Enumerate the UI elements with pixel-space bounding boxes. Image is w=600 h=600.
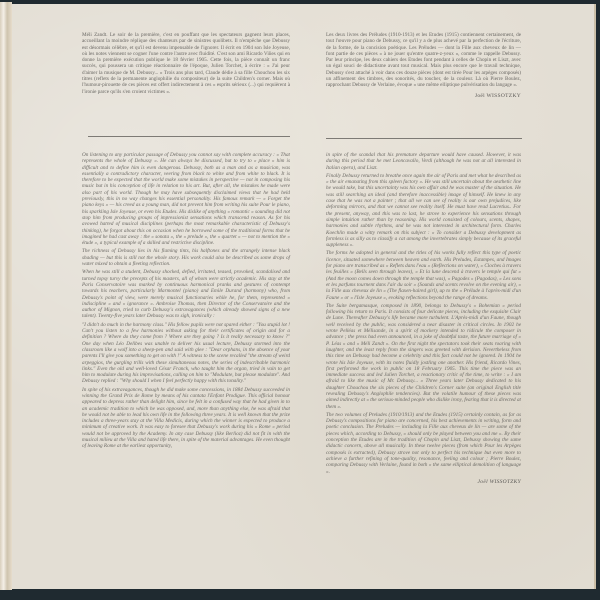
english-signature: Joël WISSOTZKY	[326, 479, 521, 485]
paragraph: The two volumes of Preludes (1910/1913) …	[326, 412, 521, 475]
paragraph: On listening to any particular passage o…	[82, 152, 290, 246]
paragraph: The forms he adopted in general and the …	[326, 250, 521, 300]
divider-left	[88, 136, 290, 137]
paragraph: The Suite bergamasque, composed in 1890,…	[326, 303, 521, 410]
english-text-right: in spite of the scandal that his prematu…	[326, 152, 521, 485]
paragraph: in spite of the scandal that his prematu…	[326, 152, 521, 171]
french-text-left: Méli Zandt. Le soir de la première, c'es…	[82, 32, 290, 97]
album-back-cover: Méli Zandt. Le soir de la première, c'es…	[12, 4, 596, 589]
photo-background: Méli Zandt. Le soir de la première, c'es…	[0, 0, 600, 600]
paragraph: Les deux livres des Préludes (1910-1913)…	[326, 32, 521, 89]
paragraph: "I didn't do much in the harmony class."…	[82, 322, 290, 385]
paragraph: In spite of his extravagances, though he…	[82, 387, 290, 450]
divider-right	[326, 138, 522, 139]
paragraph: Méli Zandt. Le soir de la première, c'es…	[82, 32, 290, 95]
english-text-left: On listening to any particular passage o…	[82, 152, 290, 452]
french-text-right: Les deux livres des Préludes (1910-1913)…	[326, 32, 521, 99]
paragraph: The richness of Debussy lies in his flam…	[82, 248, 290, 267]
paragraph: When he was still a student, Debussy sho…	[82, 269, 290, 319]
paragraph: Finally Debussy returned to breathe once…	[326, 173, 521, 249]
album-spine-edge	[0, 2, 12, 590]
french-signature: Joël WISSOTZKY	[326, 93, 521, 99]
